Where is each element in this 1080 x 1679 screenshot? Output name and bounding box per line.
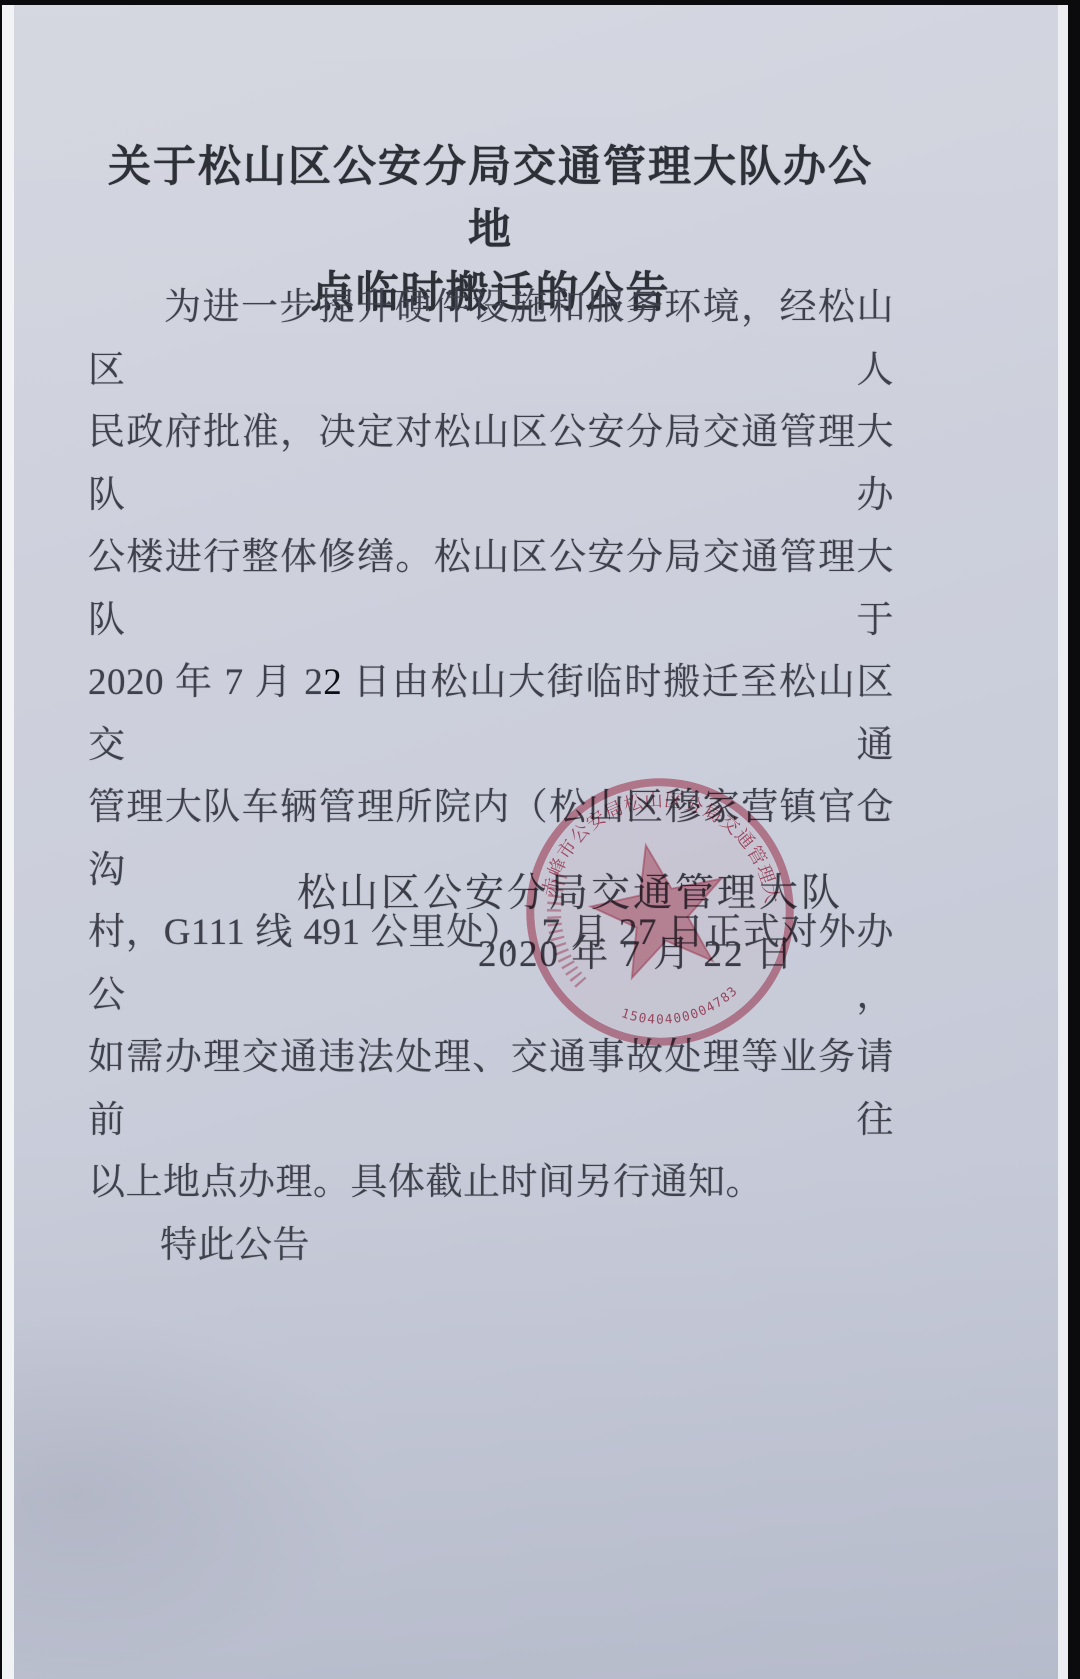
document-page: 关于松山区公安分局交通管理大队办公地 点临时搬迁的公告 为进一步提升硬件设施和服…: [14, 5, 1058, 1679]
body-line-4-pre: 2020 年 7 月 2: [88, 662, 323, 703]
body-line-2: 民政府批准，决定对松山区公安分局交通管理大队办: [88, 402, 894, 527]
official-seal: 赤峰市公安局松山区分局交通管理大队 15040400004783: [488, 743, 833, 1082]
photo-edge-left: [2, 5, 14, 1679]
closing-phrase: 特此公告: [88, 1215, 894, 1278]
title-line-1: 关于松山区公安分局交通管理大队办公地: [88, 136, 893, 262]
edited-digit: 2: [323, 662, 342, 703]
body-line-7: 如需办理交通违法处理、交通事故处理等业务请前往: [88, 1027, 894, 1152]
body-line-1: 为进一步提升硬件设施和服务环境，经松山区人: [88, 277, 894, 402]
body-line-8: 以上地点办理。具体截止时间另行通知。: [88, 1152, 894, 1215]
photo-edge-right: [1058, 5, 1068, 1679]
body-line-3: 公楼进行整体修缮。松山区公安分局交通管理大队于: [88, 527, 894, 652]
photo-frame: 关于松山区公安分局交通管理大队办公地 点临时搬迁的公告 为进一步提升硬件设施和服…: [0, 0, 1080, 1679]
